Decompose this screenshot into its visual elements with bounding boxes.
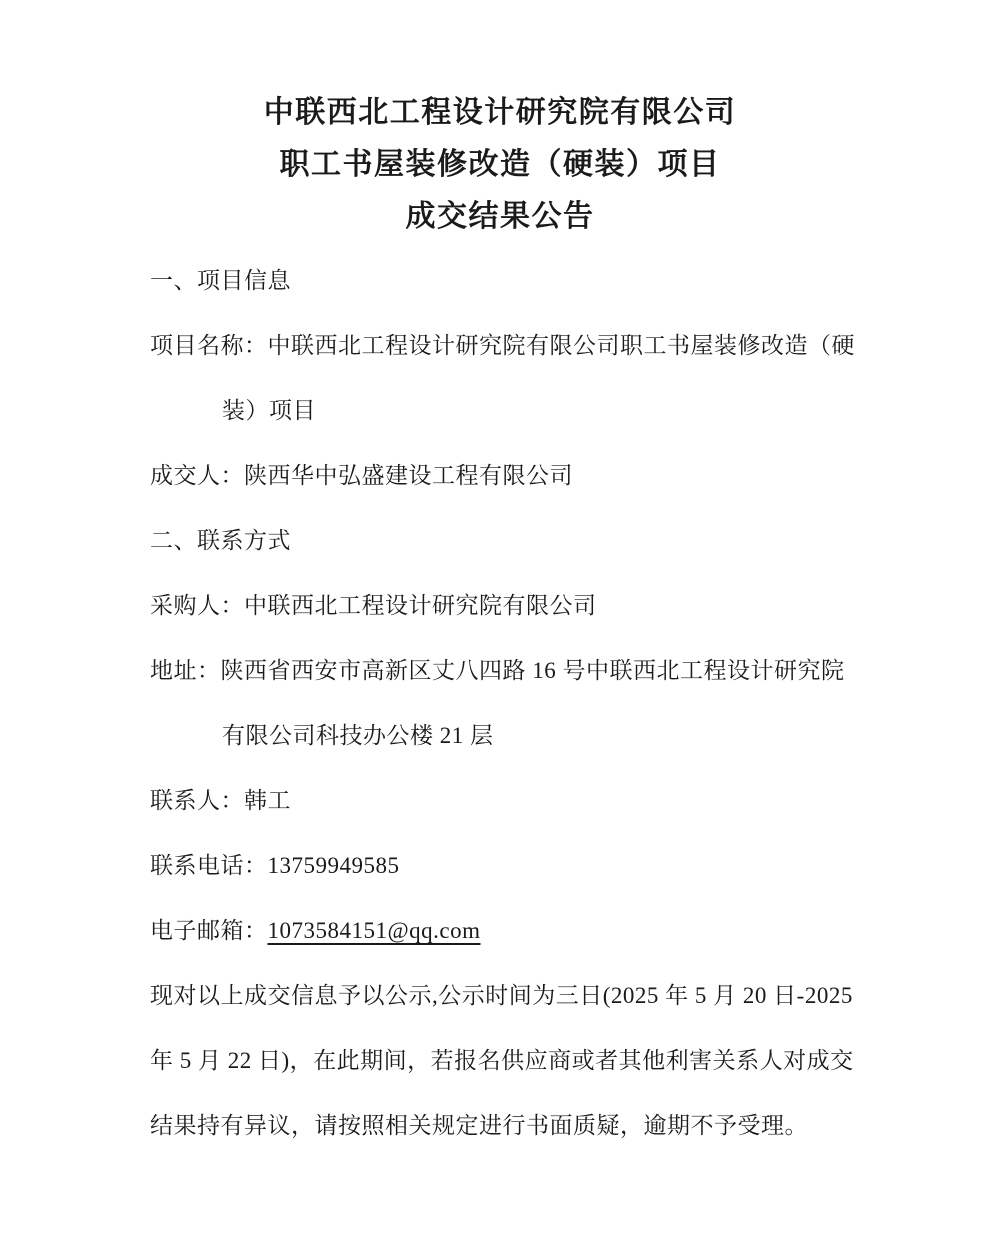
contact-person-line: 联系人：韩工 (150, 768, 862, 833)
title-company-line: 中联西北工程设计研究院有限公司 (0, 87, 1000, 139)
phone-line: 联系电话：13759949585 (150, 833, 862, 898)
document-title: 中联西北工程设计研究院有限公司 职工书屋装修改造（硬装）项目 成交结果公告 (0, 0, 1000, 243)
title-announcement-line: 成交结果公告 (0, 191, 1000, 243)
purchaser-line: 采购人：中联西北工程设计研究院有限公司 (150, 573, 862, 638)
email-label: 电子邮箱： (150, 918, 268, 943)
email-line: 电子邮箱：1073584151@qq.com (150, 898, 862, 963)
section1-heading: 一、项目信息 (150, 248, 862, 313)
email-link[interactable]: 1073584151@qq.com (268, 918, 481, 943)
document-page: 中联西北工程设计研究院有限公司 职工书屋装修改造（硬装）项目 成交结果公告 一、… (0, 0, 1000, 1241)
address-line2: 有限公司科技办公楼 21 层 (150, 703, 862, 768)
notice-line2: 年 5 月 22 日)，在此期间，若报名供应商或者其他利害关系人对成交 (150, 1028, 862, 1093)
project-name-line2: 装）项目 (150, 378, 862, 443)
winner-line: 成交人：陕西华中弘盛建设工程有限公司 (150, 443, 862, 508)
notice-line3: 结果持有异议，请按照相关规定进行书面质疑，逾期不予受理。 (150, 1093, 862, 1158)
document-body: 一、项目信息 项目名称：中联西北工程设计研究院有限公司职工书屋装修改造（硬 装）… (150, 248, 862, 1158)
title-project-line: 职工书屋装修改造（硬装）项目 (0, 139, 1000, 191)
address-line1: 地址：陕西省西安市高新区丈八四路 16 号中联西北工程设计研究院 (150, 638, 862, 703)
project-name-line1: 项目名称：中联西北工程设计研究院有限公司职工书屋装修改造（硬 (150, 313, 862, 378)
notice-line1: 现对以上成交信息予以公示,公示时间为三日(2025 年 5 月 20 日-202… (150, 963, 862, 1028)
section2-heading: 二、联系方式 (150, 508, 862, 573)
